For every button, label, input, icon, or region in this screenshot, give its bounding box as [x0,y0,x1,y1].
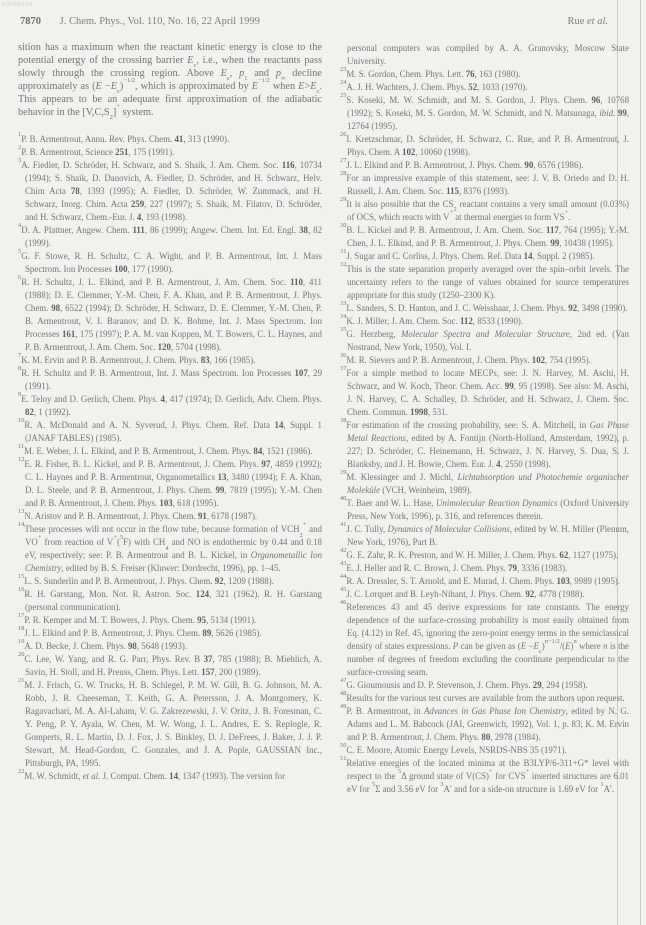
reference-item: 3A. Fiedler, D. Schröder, H. Schwarz, an… [18,159,322,224]
page-number: 7870 [20,16,41,27]
running-authors: Rue et al. [567,16,608,27]
reference-text: M. Klessinger and J. Michl, Lichtabsorpt… [346,472,629,495]
reference-item: 10R. A. McDonald and A. N. Syverud, J. P… [18,419,322,445]
reference-text: J. L. Elkind and P. B. Armentrout, J. Ph… [24,628,261,638]
reference-number: 15 [18,573,24,580]
reference-text: J. C. Tully, Dynamics of Molecular Colli… [346,524,629,547]
reference-number: 47 [340,677,346,684]
reference-number: 43 [340,560,346,567]
reference-text: P. B. Armentrout, in Advances in Gas Pha… [346,706,629,742]
reference-text: M. R. Sievers and P. B. Armentrout, J. C… [346,355,591,365]
reference-number: 19 [18,638,24,645]
reference-item: 16R. H. Garstang, Mon. Not. R. Astron. S… [18,588,322,614]
reference-number: 16 [18,586,24,593]
reference-number: 2 [18,144,21,151]
left-column: sition has a maximum when the reactant k… [18,42,322,783]
reference-number: 48 [340,690,346,697]
reference-number: 18 [18,625,24,632]
reference-text: K. J. Miller, J. Am. Chem. Soc. 112, 853… [346,316,523,326]
reference-number: 22 [18,768,24,775]
reference-text: E. J. Heller and R. C. Brown, J. Chem. P… [346,563,567,573]
reference-number: 37 [340,365,346,372]
reference-text: L. S. Sunderlin and P. B. Armentrout, J.… [24,576,274,586]
reference-number: 12 [18,456,24,463]
reference-list-right: 23M. S. Gordon, Chem. Phys. Lett. 76, 16… [340,68,629,796]
reference-text: B. L. Kickel and P. B. Armentrout, J. Am… [346,225,629,248]
reference-item: 21M. J. Frisch, G. W. Trucks, H. B. Schl… [18,679,322,770]
reference-text: M. S. Gordon, Chem. Phys. Lett. 76, 163 … [346,69,520,79]
reference-number: 38 [340,417,346,424]
reference-item: 23M. S. Gordon, Chem. Phys. Lett. 76, 16… [340,68,629,81]
reference-number: 14 [18,521,24,528]
reference-item: 12E. R. Fisher, B. L. Kickel, and P. B. … [18,458,322,510]
reference-number: 28 [340,170,346,177]
reference-number: 33 [340,300,346,307]
reference-text: N. Aristov and P. B. Armentrout, J. Phys… [24,511,257,521]
reference-item: 17P. R. Kemper and M. T. Bowers, J. Phys… [18,614,322,627]
reference-text: C. Lee, W. Yang, and R. G. Parr, Phys. R… [24,654,322,677]
reference-item: 27J. L. Elkind and P. B. Armentrout, J. … [340,159,629,172]
reference-number: 4 [18,222,21,229]
reference-number: 35 [340,326,346,333]
reference-number: 36 [340,352,346,359]
reference-number: 21 [18,677,24,684]
reference-number: 30 [340,222,346,229]
reference-number: 7 [18,352,21,359]
reference-text: E. R. Fisher, B. L. Kickel, and P. B. Ar… [24,459,322,508]
reference-item: 15L. S. Sunderlin and P. B. Armentrout, … [18,575,322,588]
scan-edge-line [640,0,641,925]
reference-item: 25S. Koseki, M. W. Schmidt, and M. S. Go… [340,94,629,133]
reference-item: 11M. E. Weber, J. L. Elkind, and P. B. A… [18,445,322,458]
reference-text: For a simple method to locate MECPs, see… [346,368,629,417]
reference-item: 6R. H. Schultz, J. L. Elkind, and P. B. … [18,276,322,354]
reference-number: 32 [340,261,346,268]
reference-item: 8R. H. Schultz and P. B. Armentrout, Int… [18,367,322,393]
reference-item: 18J. L. Elkind and P. B. Armentrout, J. … [18,627,322,640]
reference-item: 36M. R. Sievers and P. B. Armentrout, J.… [340,354,629,367]
reference-number: 25 [340,92,346,99]
reference-item: 46References 43 and 45 derive expression… [340,601,629,679]
reference-item: 29It is also possible that the CS2 react… [340,198,629,224]
reference-22-continuation: personal computers was compiled by A. A.… [340,42,629,68]
reference-text: A. D. Becke, J. Chem. Phys. 98, 5648 (19… [24,641,187,651]
reference-item: 49P. B. Armentrout, in Advances in Gas P… [340,705,629,744]
reference-text: P. R. Kemper and M. T. Bowers, J. Phys. … [24,615,256,625]
reference-text: G. F. Stowe, R. H. Schultz, C. A. Wight,… [21,251,322,274]
reference-number: 41 [340,521,346,528]
reference-item: 22M. W. Schmidt, et al. J. Comput. Chem.… [18,770,322,783]
reference-item: 39M. Klessinger and J. Michl, Lichtabsor… [340,471,629,497]
reference-number: 45 [340,586,346,593]
reference-number: 39 [340,469,346,476]
reference-number: 29 [340,196,346,203]
reference-item: 50C. E. Moore, Atomic Energy Levels, NSR… [340,744,629,757]
reference-text: Results for the various test curves are … [346,693,624,703]
reference-item: 37For a simple method to locate MECPs, s… [340,367,629,419]
reference-number: 50 [340,742,346,749]
reference-number: 13 [18,508,24,515]
reference-text: R. H. Schultz, J. L. Elkind, and P. B. A… [21,277,322,352]
journal-citation: J. Chem. Phys., Vol. 110, No. 16, 22 Apr… [60,16,260,27]
reference-text: Relative energies of the located minima … [346,758,629,794]
reference-item: 51Relative energies of the located minim… [340,757,629,796]
reference-text: R. H. Schultz and P. B. Armentrout, Int.… [21,368,322,391]
reference-number: 17 [18,612,24,619]
reference-text: R. A. Dressler, S. T. Arnold, and E. Mur… [346,576,620,586]
reference-number: 34 [340,313,346,320]
reference-number: 3 [18,157,21,164]
reference-text: M. E. Weber, J. L. Elkind, and P. B. Arm… [24,446,312,456]
reference-item: 43E. J. Heller and R. C. Brown, J. Chem.… [340,562,629,575]
reference-text: This is the state separation properly av… [346,264,629,300]
reference-item: 48Results for the various test curves ar… [340,692,629,705]
reference-text: These processes will not occur in the fl… [24,524,322,573]
reference-number: 49 [340,703,346,710]
reference-text: G. E. Zahr, R. K. Preston, and W. H. Mil… [346,550,618,560]
reference-item: 47G. Gioumousis and D. P. Stevenson, J. … [340,679,629,692]
reference-text: P. B. Armentrout, Annu. Rev. Phys. Chem.… [21,134,229,144]
reference-item: 19A. D. Becke, J. Chem. Phys. 98, 5648 (… [18,640,322,653]
reference-item: 34K. J. Miller, J. Am. Chem. Soc. 112, 8… [340,315,629,328]
reference-text: For an impressive example of this statem… [346,173,629,196]
reference-item: 45J. C. Lorquet and B. Leyh-Nihant, J. P… [340,588,629,601]
reference-item: 20C. Lee, W. Yang, and R. G. Parr, Phys.… [18,653,322,679]
reference-number: 24 [340,79,346,86]
reference-text: J. L. Elkind and P. B. Armentrout, J. Ph… [346,160,583,170]
reference-item: 7K. M. Ervin and P. B. Armentrout, J. Ch… [18,354,322,367]
reference-item: 44R. A. Dressler, S. T. Arnold, and E. M… [340,575,629,588]
reference-item: 30B. L. Kickel and P. B. Armentrout, J. … [340,224,629,250]
reference-item: 14These processes will not occur in the … [18,523,322,575]
reference-item: 40T. Baer and W. L. Hase, Unimolecular R… [340,497,629,523]
reference-item: 38For estimation of the crossing probabi… [340,419,629,471]
reference-item: 9E. Teloy and D. Gerlich, Chem. Phys. 4,… [18,393,322,419]
reference-text: M. J. Frisch, G. W. Trucks, H. B. Schleg… [24,680,322,768]
reference-text: D. A. Plattner, Angew. Chem. 111, 86 (19… [21,225,322,248]
reference-number: 26 [340,131,346,138]
reference-text: It is also possible that the CS2 reactan… [346,199,629,222]
reference-text: S. Koseki, M. W. Schmidt, and M. S. Gord… [346,95,629,131]
reference-item: 5G. F. Stowe, R. H. Schultz, C. A. Wight… [18,250,322,276]
reference-list-left: 1P. B. Armentrout, Annu. Rev. Phys. Chem… [18,133,322,783]
reference-text: P. B. Armentrout, Science 251, 175 (1991… [21,147,174,157]
reference-number: 40 [340,495,346,502]
reference-number: 6 [18,274,21,281]
reference-text: A. Fiedler, D. Schröder, H. Schwarz, and… [21,160,322,222]
reference-text: References 43 and 45 derive expressions … [346,602,629,677]
reference-text: J. Sugar and C. Corliss, J. Phys. Chem. … [346,251,594,261]
reference-text: G. Herzberg, Molecular Spectra and Molec… [346,329,629,352]
reference-text: A. J. H. Wachters, J. Chem. Phys. 52, 10… [346,82,527,92]
reference-item: 42G. E. Zahr, R. K. Preston, and W. H. M… [340,549,629,562]
reference-number: 11 [18,443,24,450]
reference-number: 46 [340,599,346,606]
reference-text: K. M. Ervin and P. B. Armentrout, J. Che… [21,355,255,365]
reference-item: 4D. A. Plattner, Angew. Chem. 111, 86 (1… [18,224,322,250]
reference-text: M. W. Schmidt, et al. J. Comput. Chem. 1… [24,771,285,781]
reference-number: 8 [18,365,21,372]
reference-text: T. Baer and W. L. Hase, Unimolecular Rea… [346,498,629,521]
reference-item: 31J. Sugar and C. Corliss, J. Phys. Chem… [340,250,629,263]
reference-text: L. Sanders, S. D. Hanton, and J. C. Weis… [346,303,627,313]
reference-item: 26I. Kretzschmar, D. Schröder, H. Schwar… [340,133,629,159]
reference-text: R. A. McDonald and A. N. Syverud, J. Phy… [24,420,322,443]
reference-text: For estimation of the crossing probabili… [346,420,629,469]
reference-text: C. E. Moore, Atomic Energy Levels, NSRDS… [346,745,566,755]
reference-item: 28For an impressive example of this stat… [340,172,629,198]
reference-number: 27 [340,157,346,164]
reference-item: 32This is the state separation properly … [340,263,629,302]
reference-item: 41J. C. Tully, Dynamics of Molecular Col… [340,523,629,549]
reference-text: E. Teloy and D. Gerlich, Chem. Phys. 4, … [21,394,322,417]
reference-number: 5 [18,248,21,255]
reference-number: 31 [340,248,346,255]
reference-text: R. H. Garstang, Mon. Not. R. Astron. Soc… [24,589,322,612]
reference-number: 42 [340,547,346,554]
scan-corner-code: 00086554 [2,2,33,8]
reference-item: 13N. Aristov and P. B. Armentrout, J. Ph… [18,510,322,523]
reference-number: 44 [340,573,346,580]
reference-text: J. C. Lorquet and B. Leyh-Nihant, J. Phy… [346,589,584,599]
reference-number: 9 [18,391,21,398]
reference-item: 2P. B. Armentrout, Science 251, 175 (199… [18,146,322,159]
reference-number: 1 [18,131,21,138]
reference-text: I. Kretzschmar, D. Schröder, H. Schwarz,… [346,134,629,157]
reference-number: 51 [340,755,346,762]
reference-item: 35G. Herzberg, Molecular Spectra and Mol… [340,328,629,354]
reference-number: 10 [18,417,24,424]
reference-item: 33L. Sanders, S. D. Hanton, and J. C. We… [340,302,629,315]
intro-paragraph: sition has a maximum when the reactant k… [18,42,322,119]
reference-item: 24A. J. H. Wachters, J. Chem. Phys. 52, … [340,81,629,94]
reference-number: 23 [340,66,346,73]
right-column: personal computers was compiled by A. A.… [340,42,629,796]
reference-number: 20 [18,651,24,658]
reference-text: G. Gioumousis and D. P. Stevenson, J. Ch… [346,680,587,690]
reference-item: 1P. B. Armentrout, Annu. Rev. Phys. Chem… [18,133,322,146]
page-header: 7870 J. Chem. Phys., Vol. 110, No. 16, 2… [20,16,608,27]
